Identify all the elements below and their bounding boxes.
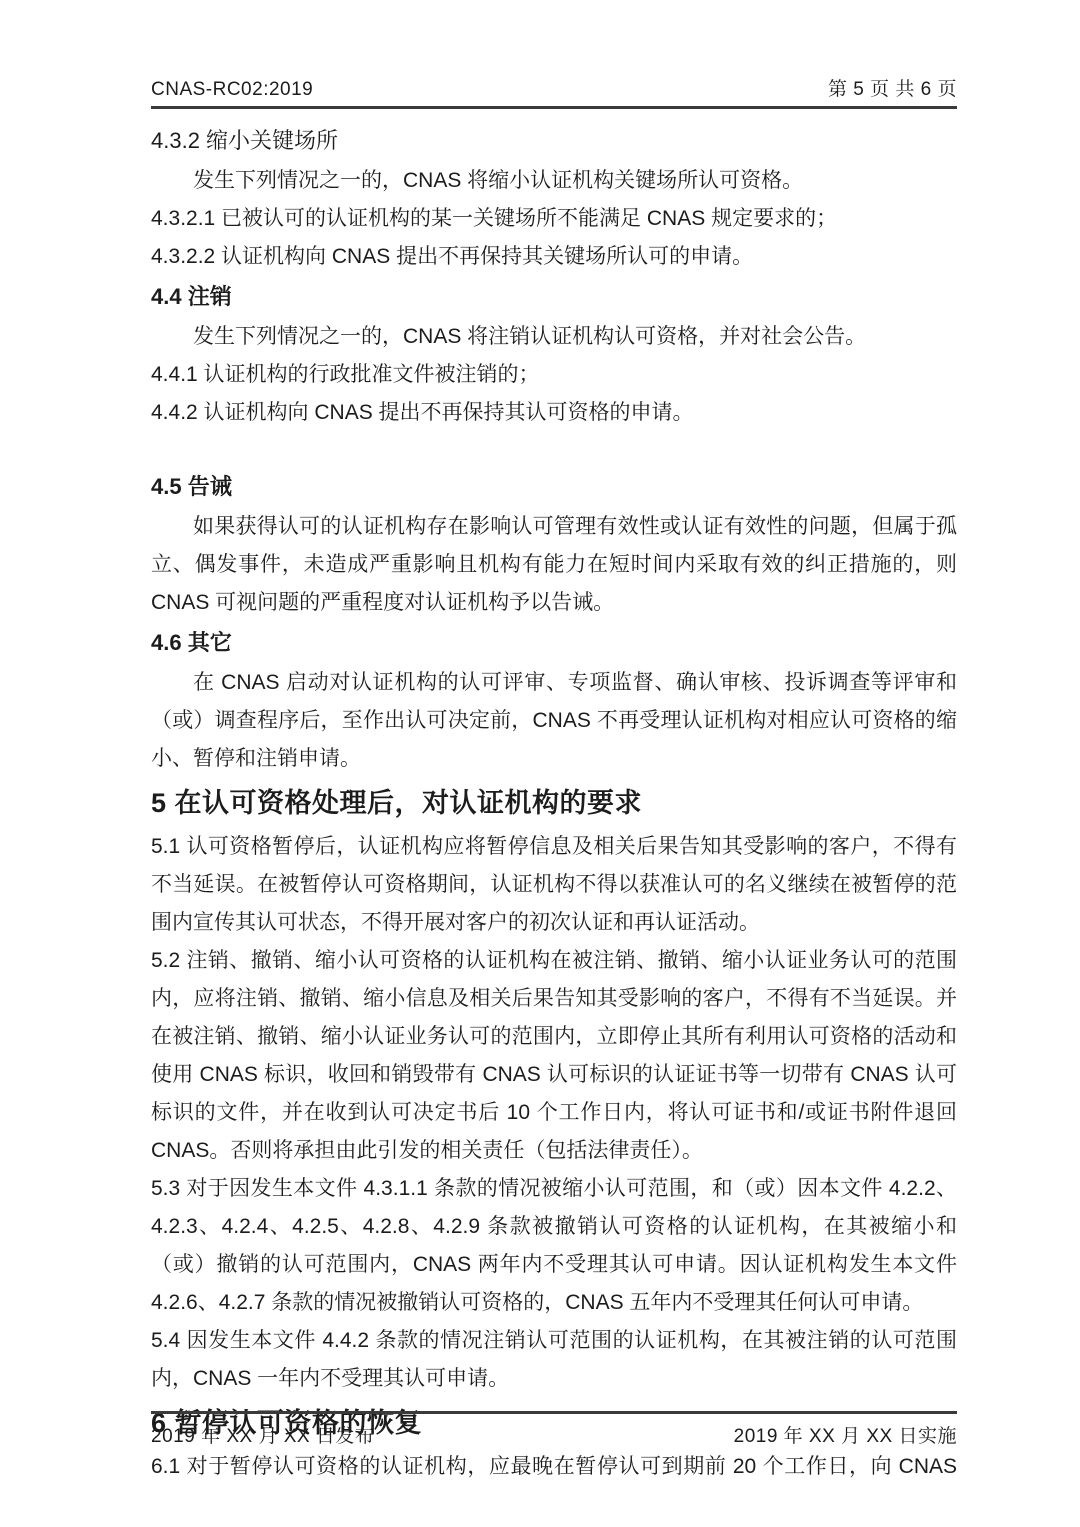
page-footer: 2019 年 XX 月 XX 日发布 2019 年 XX 月 XX 日实施	[151, 1411, 957, 1448]
paragraph: 4.3.2.1 已被认可的认证机构的某一关键场所不能满足 CNAS 规定要求的；	[151, 200, 957, 238]
section-heading: 5 在认可资格处理后，对认证机构的要求	[151, 778, 957, 828]
paragraph: 发生下列情况之一的，CNAS 将注销认证机构认可资格，并对社会公告。	[151, 318, 957, 356]
paragraph: 5.4 因发生本文件 4.4.2 条款的情况注销认可范围的认证机构，在其被注销的…	[151, 1322, 957, 1398]
paragraph: 5.1 认可资格暂停后，认证机构应将暂停信息及相关后果告知其受影响的客户，不得有…	[151, 828, 957, 942]
paragraph: 4.4.1 认证机构的行政批准文件被注销的；	[151, 356, 957, 394]
paragraph: 如果获得认可的认证机构存在影响认可管理有效性或认证有效性的问题，但属于孤立、偶发…	[151, 508, 957, 622]
document-page: CNAS-RC02:2019 第 5 页 共 6 页 4.3.2 缩小关键场所发…	[0, 0, 1080, 1527]
section-heading: 4.3.2 缩小关键场所	[151, 120, 957, 162]
paragraph: 6.1 对于暂停认可资格的认证机构，应最晚在暂停认可到期前 20 个工作日，向 …	[151, 1448, 957, 1486]
document-body: 4.3.2 缩小关键场所发生下列情况之一的，CNAS 将缩小认证机构关键场所认可…	[151, 120, 957, 1486]
release-date: 2019 年 XX 月 XX 日发布	[151, 1421, 374, 1448]
section-heading: 4.5 告诫	[151, 466, 957, 508]
paragraph: 5.3 对于因发生本文件 4.3.1.1 条款的情况被缩小认可范围，和（或）因本…	[151, 1170, 957, 1322]
doc-code: CNAS-RC02:2019	[151, 79, 313, 101]
paragraph: 5.2 注销、撤销、缩小认可资格的认证机构在被注销、撤销、缩小认证业务认可的范围…	[151, 942, 957, 1170]
section-heading: 4.6 其它	[151, 622, 957, 664]
paragraph: 4.3.2.2 认证机构向 CNAS 提出不再保持其关键场所认可的申请。	[151, 238, 957, 276]
page-indicator: 第 5 页 共 6 页	[828, 74, 957, 101]
paragraph: 在 CNAS 启动对认证机构的认可评审、专项监督、确认审核、投诉调查等评审和（或…	[151, 664, 957, 778]
paragraph: 4.4.2 认证机构向 CNAS 提出不再保持其认可资格的申请。	[151, 394, 957, 432]
paragraph-spacer	[151, 432, 957, 466]
paragraph: 发生下列情况之一的，CNAS 将缩小认证机构关键场所认可资格。	[151, 162, 957, 200]
implementation-date: 2019 年 XX 月 XX 日实施	[734, 1421, 957, 1448]
section-heading: 4.4 注销	[151, 276, 957, 318]
page-header: CNAS-RC02:2019 第 5 页 共 6 页	[151, 74, 957, 109]
